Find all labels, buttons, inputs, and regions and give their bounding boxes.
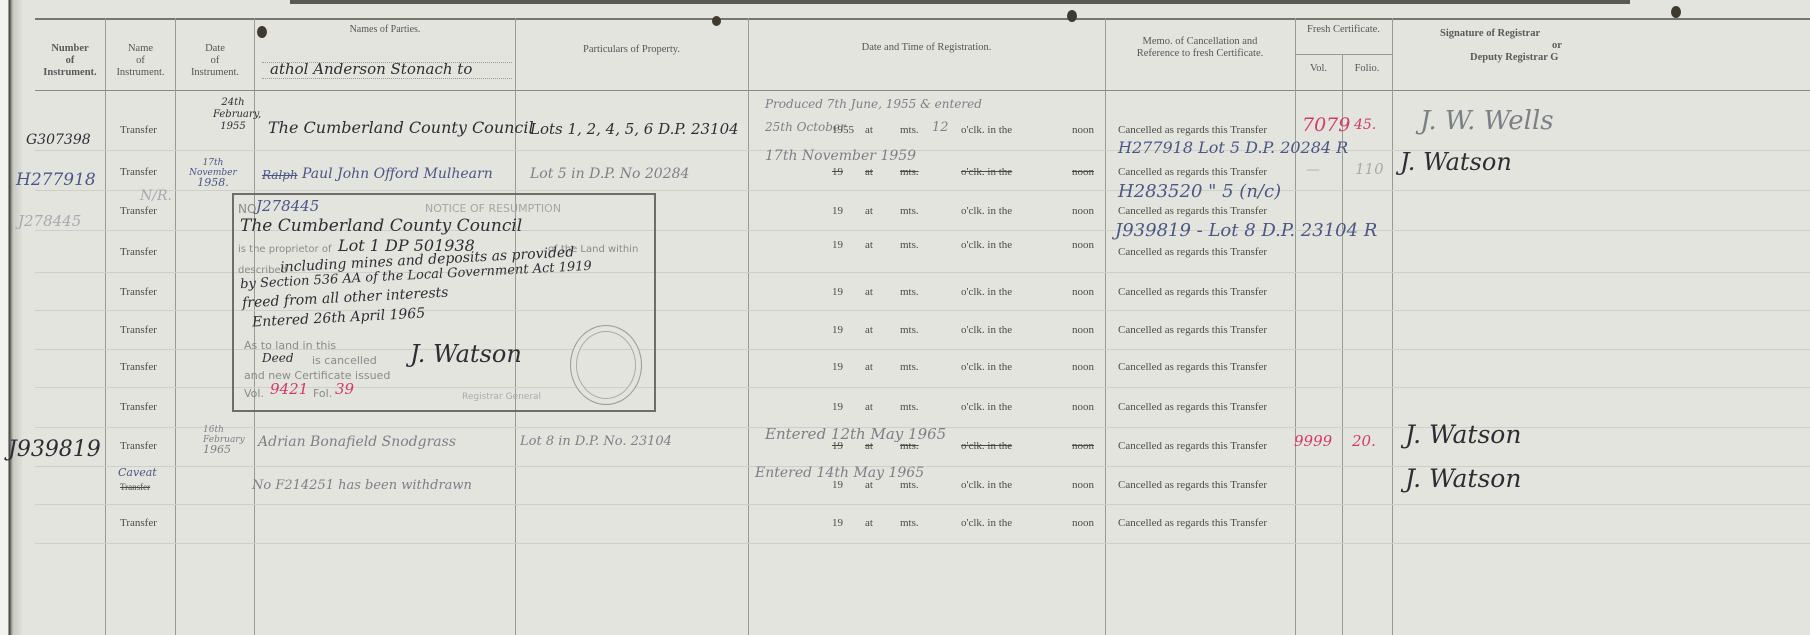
punch-hole: [1671, 6, 1681, 18]
at-label: at: [865, 239, 873, 251]
instrument-number-faint: J278445: [18, 212, 81, 230]
header-particulars-of-property: Particulars of Property.: [515, 44, 748, 56]
instrument-name-caveat: Caveat: [118, 466, 157, 479]
mts-label: mts.: [900, 401, 919, 413]
oclk-label: o'clk. in the: [961, 479, 1012, 491]
mts-label: mts.: [900, 239, 919, 251]
punch-hole: [712, 16, 721, 26]
registration-note: Produced 7th June, 1955 & entered: [765, 97, 982, 111]
at-label: at: [865, 517, 873, 529]
memo-cancelled: Cancelled as regards this Transfer: [1118, 361, 1267, 373]
stamp-line-cancelled: is cancelled: [312, 354, 377, 367]
year-prefix: 19: [832, 205, 843, 217]
header-name-of-instrument: Name of Instrument.: [106, 43, 175, 79]
mts-label: mts.: [900, 124, 919, 136]
stamp-number: J278445: [256, 197, 319, 215]
memo-note: H283520 " 5 (n/c): [1118, 181, 1281, 202]
stamp-line-proprietor: is the proprietor of: [238, 244, 331, 255]
registrar-signature: J. Watson: [1400, 148, 1512, 176]
mts-label: mts.: [900, 324, 919, 336]
instrument-date: 16th February 1965: [203, 425, 253, 455]
registrar-signature: J. W. Wells: [1420, 106, 1554, 136]
noon-label: noon: [1072, 440, 1094, 452]
memo-cancelled: Cancelled as regards this Transfer: [1118, 205, 1267, 217]
mts-label: mts.: [900, 286, 919, 298]
year-prefix: 19: [832, 286, 843, 298]
parties-name: Adrian Bonafield Snodgrass: [258, 434, 456, 450]
fresh-cert-subrule: [1295, 54, 1392, 55]
mts-label: mts.: [900, 361, 919, 373]
oclk-label: o'clk. in the: [961, 324, 1012, 336]
parties-name-struck: Ralph: [262, 168, 298, 182]
instrument-name: Transfer: [120, 246, 157, 258]
fresh-cert-vol: 9999: [1294, 432, 1332, 450]
noon-label: noon: [1072, 517, 1094, 529]
year-prefix: 19: [832, 517, 843, 529]
noon-label: noon: [1072, 239, 1094, 251]
stamp-fol-label: Fol.: [313, 387, 332, 400]
at-label: at: [865, 166, 873, 178]
header-signature: Signature of Registrar or Deputy Registr…: [1440, 28, 1810, 64]
instrument-date: 24th February, 1955: [213, 97, 253, 133]
instrument-name: Transfer: [120, 166, 157, 178]
parties-note: No F214251 has been withdrawn: [252, 478, 472, 493]
row-rule: [35, 150, 1810, 151]
registration-date: Entered 12th May 1965: [765, 425, 946, 443]
header-date-of-instrument: Date of Instrument.: [176, 43, 254, 79]
instrument-name: Transfer: [120, 401, 157, 413]
year-prefix: 19: [832, 324, 843, 336]
property-particulars: Lot 8 in D.P. No. 23104: [520, 434, 672, 449]
at-label: at: [865, 124, 873, 136]
property-particulars: Lots 1, 2, 4, 5, 6 D.P. 23104: [530, 120, 739, 138]
header-rule: [35, 90, 1810, 91]
registration-date: Entered 14th May 1965: [755, 465, 924, 481]
fresh-cert-folio: 20.: [1352, 432, 1376, 450]
registration-hour: 12: [932, 120, 949, 135]
at-label: at: [865, 324, 873, 336]
stamp-vol-label: Vol.: [244, 387, 264, 400]
header-names-of-parties: Names of Parties.: [255, 24, 515, 36]
oclk-label: o'clk. in the: [961, 440, 1012, 452]
noon-label: noon: [1072, 479, 1094, 491]
noon-label: noon: [1072, 324, 1094, 336]
instrument-name: Transfer: [120, 205, 157, 217]
instrument-name: Transfer: [120, 361, 157, 373]
stamp-title: NOTICE OF RESUMPTION: [425, 202, 561, 215]
parties-name: Paul John Offord Mulhearn: [302, 166, 493, 182]
registrar-signature: J. Watson: [1405, 420, 1521, 449]
stamp-deed-word: Deed: [262, 351, 294, 365]
instrument-number: H277918: [16, 170, 96, 190]
noon-label: noon: [1072, 166, 1094, 178]
memo-cancelled: Cancelled as regards this Transfer: [1118, 401, 1267, 413]
property-particulars: Lot 5 in D.P. No 20284: [530, 166, 689, 182]
top-rule: [35, 18, 1810, 20]
row-rule: [35, 504, 1810, 505]
row-rule: [35, 543, 1810, 544]
oclk-label: o'clk. in the: [961, 239, 1012, 251]
instrument-name: Transfer: [120, 124, 157, 136]
oclk-label: o'clk. in the: [961, 205, 1012, 217]
oclk-label: o'clk. in the: [961, 166, 1012, 178]
registration-year: 1955: [832, 124, 854, 136]
parties-name: The Cumberland County Council: [268, 118, 534, 137]
names-of-parties-handwritten: athol Anderson Stonach to: [270, 60, 472, 78]
stamp-registrar-label: Registrar General: [462, 392, 541, 402]
mts-label: mts.: [900, 205, 919, 217]
memo-cancelled: Cancelled as regards this Transfer: [1118, 124, 1267, 136]
noon-label: noon: [1072, 286, 1094, 298]
at-label: at: [865, 361, 873, 373]
stamp-signature: J. Watson: [410, 340, 522, 368]
memo-cancelled: Cancelled as regards this Transfer: [1118, 517, 1267, 529]
oclk-label: o'clk. in the: [961, 517, 1012, 529]
header-vol: Vol.: [1295, 63, 1342, 75]
dotted-line: [262, 78, 512, 79]
stamp-proprietor: The Cumberland County Council: [240, 216, 522, 236]
stamp-line-new-cert: and new Certificate issued: [244, 369, 390, 382]
header-date-time-registration: Date and Time of Registration.: [748, 42, 1105, 54]
name-note: N/R.: [140, 188, 172, 204]
noon-label: noon: [1072, 124, 1094, 136]
instrument-number: J939819: [8, 437, 101, 462]
noon-label: noon: [1072, 401, 1094, 413]
fresh-cert-folio: 45.: [1354, 117, 1376, 133]
instrument-name: Transfer: [120, 324, 157, 336]
instrument-name: Transfer: [120, 440, 157, 452]
year-prefix: 19: [832, 239, 843, 251]
instrument-name: Transfer: [120, 517, 157, 529]
header-folio: Folio.: [1342, 63, 1392, 75]
at-label: at: [865, 401, 873, 413]
instrument-date: 17th November 1958.: [178, 158, 248, 188]
year-prefix: 19: [832, 401, 843, 413]
oclk-label: o'clk. in the: [961, 401, 1012, 413]
header-number-of-instrument: Number of Instrument.: [35, 43, 105, 79]
row-rule: [35, 190, 1810, 191]
registration-date: 17th November 1959: [765, 148, 916, 164]
header-memo-cancellation: Memo. of Cancellation and Reference to f…: [1105, 36, 1295, 60]
page-binding-edge: [0, 0, 22, 635]
mts-label: mts.: [900, 166, 919, 178]
top-band: [290, 0, 1630, 4]
at-label: at: [865, 286, 873, 298]
registrar-signature: J. Watson: [1405, 464, 1521, 493]
punch-hole: [1067, 10, 1077, 22]
fresh-cert-vol: —: [1306, 162, 1320, 178]
memo-cancelled: Cancelled as regards this Transfer: [1118, 286, 1267, 298]
noon-label: noon: [1072, 361, 1094, 373]
instrument-number: G307398: [26, 132, 91, 148]
memo-note: H277918 Lot 5 D.P. 20284 R: [1118, 138, 1348, 157]
oclk-label: o'clk. in the: [961, 124, 1012, 136]
oclk-label: o'clk. in the: [961, 361, 1012, 373]
mts-label: mts.: [900, 517, 919, 529]
fresh-cert-folio: 110: [1355, 160, 1384, 178]
at-label: at: [865, 205, 873, 217]
memo-cancelled: Cancelled as regards this Transfer: [1118, 324, 1267, 336]
instrument-name: Transfer: [120, 286, 157, 298]
instrument-name-struck: Transfer: [120, 482, 150, 492]
oclk-label: o'clk. in the: [961, 286, 1012, 298]
year-prefix: 19: [832, 166, 843, 178]
stamp-fol: 39: [335, 380, 354, 398]
header-fresh-certificate: Fresh Certificate.: [1295, 24, 1392, 36]
year-prefix: 19: [832, 361, 843, 373]
registrar-general-seal: [570, 325, 642, 405]
memo-cancelled: Cancelled as regards this Transfer: [1118, 479, 1267, 491]
fresh-cert-vol: 7079: [1302, 114, 1350, 136]
stamp-vol: 9421: [270, 380, 308, 398]
noon-label: noon: [1072, 205, 1094, 217]
memo-cancelled: Cancelled as regards this Transfer: [1118, 246, 1267, 258]
memo-note: J939819 - Lot 8 D.P. 23104 R: [1115, 220, 1377, 241]
memo-cancelled: Cancelled as regards this Transfer: [1118, 166, 1267, 178]
memo-cancelled: Cancelled as regards this Transfer: [1118, 440, 1267, 452]
